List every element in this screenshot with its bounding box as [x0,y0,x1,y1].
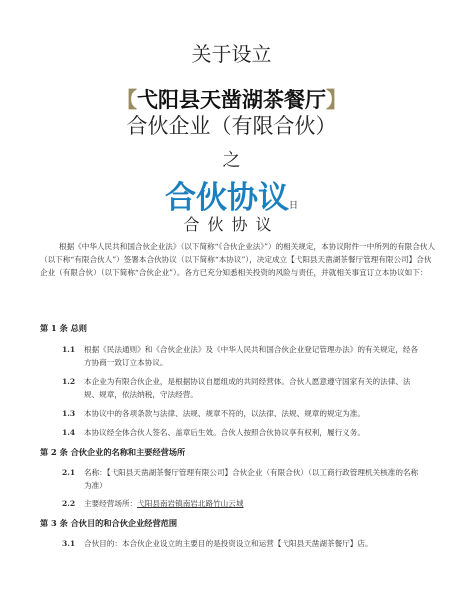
clause-text: 合伙目的：本合伙企业设立的主要目的是投资设立和运营【弋阳县天凿湖茶餐厅】店。 [84,537,424,550]
clause-number: 1.1 [62,343,75,356]
clause-label: 主要经营场所： [84,499,137,508]
document-subtitle: 合伙协议 [0,212,463,235]
clause-text: 名称：【弋阳县天凿湖茶餐厅管理有限公司】合伙企业（有限合伙）（以工商行政管理机关… [84,466,424,492]
clause-number: 1.2 [62,375,75,388]
title-line-1: 关于设立 [0,38,463,67]
big-title: 合伙协议日 [0,172,463,217]
clause-text: 本协议中的各项条款与法律、法规、规章不符的，以法律、法规、规章的规定为准。 [84,407,424,420]
clause-1-3: 1.3 本协议中的各项条款与法律、法规、规章不符的，以法律、法规、规章的规定为准… [62,407,424,420]
clause-number: 2.2 [62,497,75,510]
article-2-title: 第 2 条 合伙企业的名称和主要经营场所 [40,447,185,458]
clause-2-2: 2.2 主要经营场所：弋阳县南岩镇南岩北路竹山云城 [62,497,424,510]
clause-text-wrap: 主要经营场所：弋阳县南岩镇南岩北路竹山云城 [84,497,424,510]
clause-1-4: 1.4 本协议经全体合伙人签名、盖章后生效。合伙人按照合伙协议享有权利，履行义务… [62,426,424,439]
clause-1-2: 1.2 本企业为有限合伙企业，是根据协议自愿组成的共同经营体。合伙人愿意遵守国家… [62,375,424,401]
big-title-text: 合伙协议 [165,180,289,216]
clause-number: 1.3 [62,407,75,420]
bracket-right: 】 [326,88,347,112]
clause-3-1: 3.1 合伙目的：本合伙企业设立的主要目的是投资设立和运营【弋阳县天凿湖茶餐厅】… [62,537,424,550]
clause-number: 1.4 [62,426,75,439]
clause-text: 本企业为有限合伙企业，是根据协议自愿组成的共同经营体。合伙人愿意遵守国家有关的法… [84,375,424,401]
title-line-3: 合伙企业（有限合伙） [0,110,463,140]
clause-2-1: 2.1 名称：【弋阳县天凿湖茶餐厅管理有限公司】合伙企业（有限合伙）（以工商行政… [62,466,424,492]
article-1-title: 第 1 条 总则 [40,323,87,334]
clause-1-1: 1.1 根据《民法通则》和《合伙企业法》及《中华人民共和国合伙企业登记管理办法》… [62,343,424,369]
clause-text: 本协议经全体合伙人签名、盖章后生效。合伙人按照合伙协议享有权利，履行义务。 [84,426,424,439]
clause-number: 3.1 [62,537,75,550]
title-line-4: 之 [0,146,463,172]
big-title-suffix: 日 [289,201,298,211]
clause-number: 2.1 [62,466,75,479]
intro-paragraph: 根据《中华人民共和国合伙企业法》（以下简称“《合伙企业法》”）的相关规定，本协议… [40,240,438,279]
article-3-title: 第 3 条 合伙目的和合伙企业经营范围 [40,518,177,529]
company-name: 弋阳县天凿湖茶餐厅 [137,88,326,112]
business-address: 弋阳县南岩镇南岩北路竹山云城 [137,499,243,508]
bracket-left: 【 [116,88,137,112]
clause-text: 根据《民法通则》和《合伙企业法》及《中华人民共和国合伙企业登记管理办法》的有关规… [84,343,424,369]
